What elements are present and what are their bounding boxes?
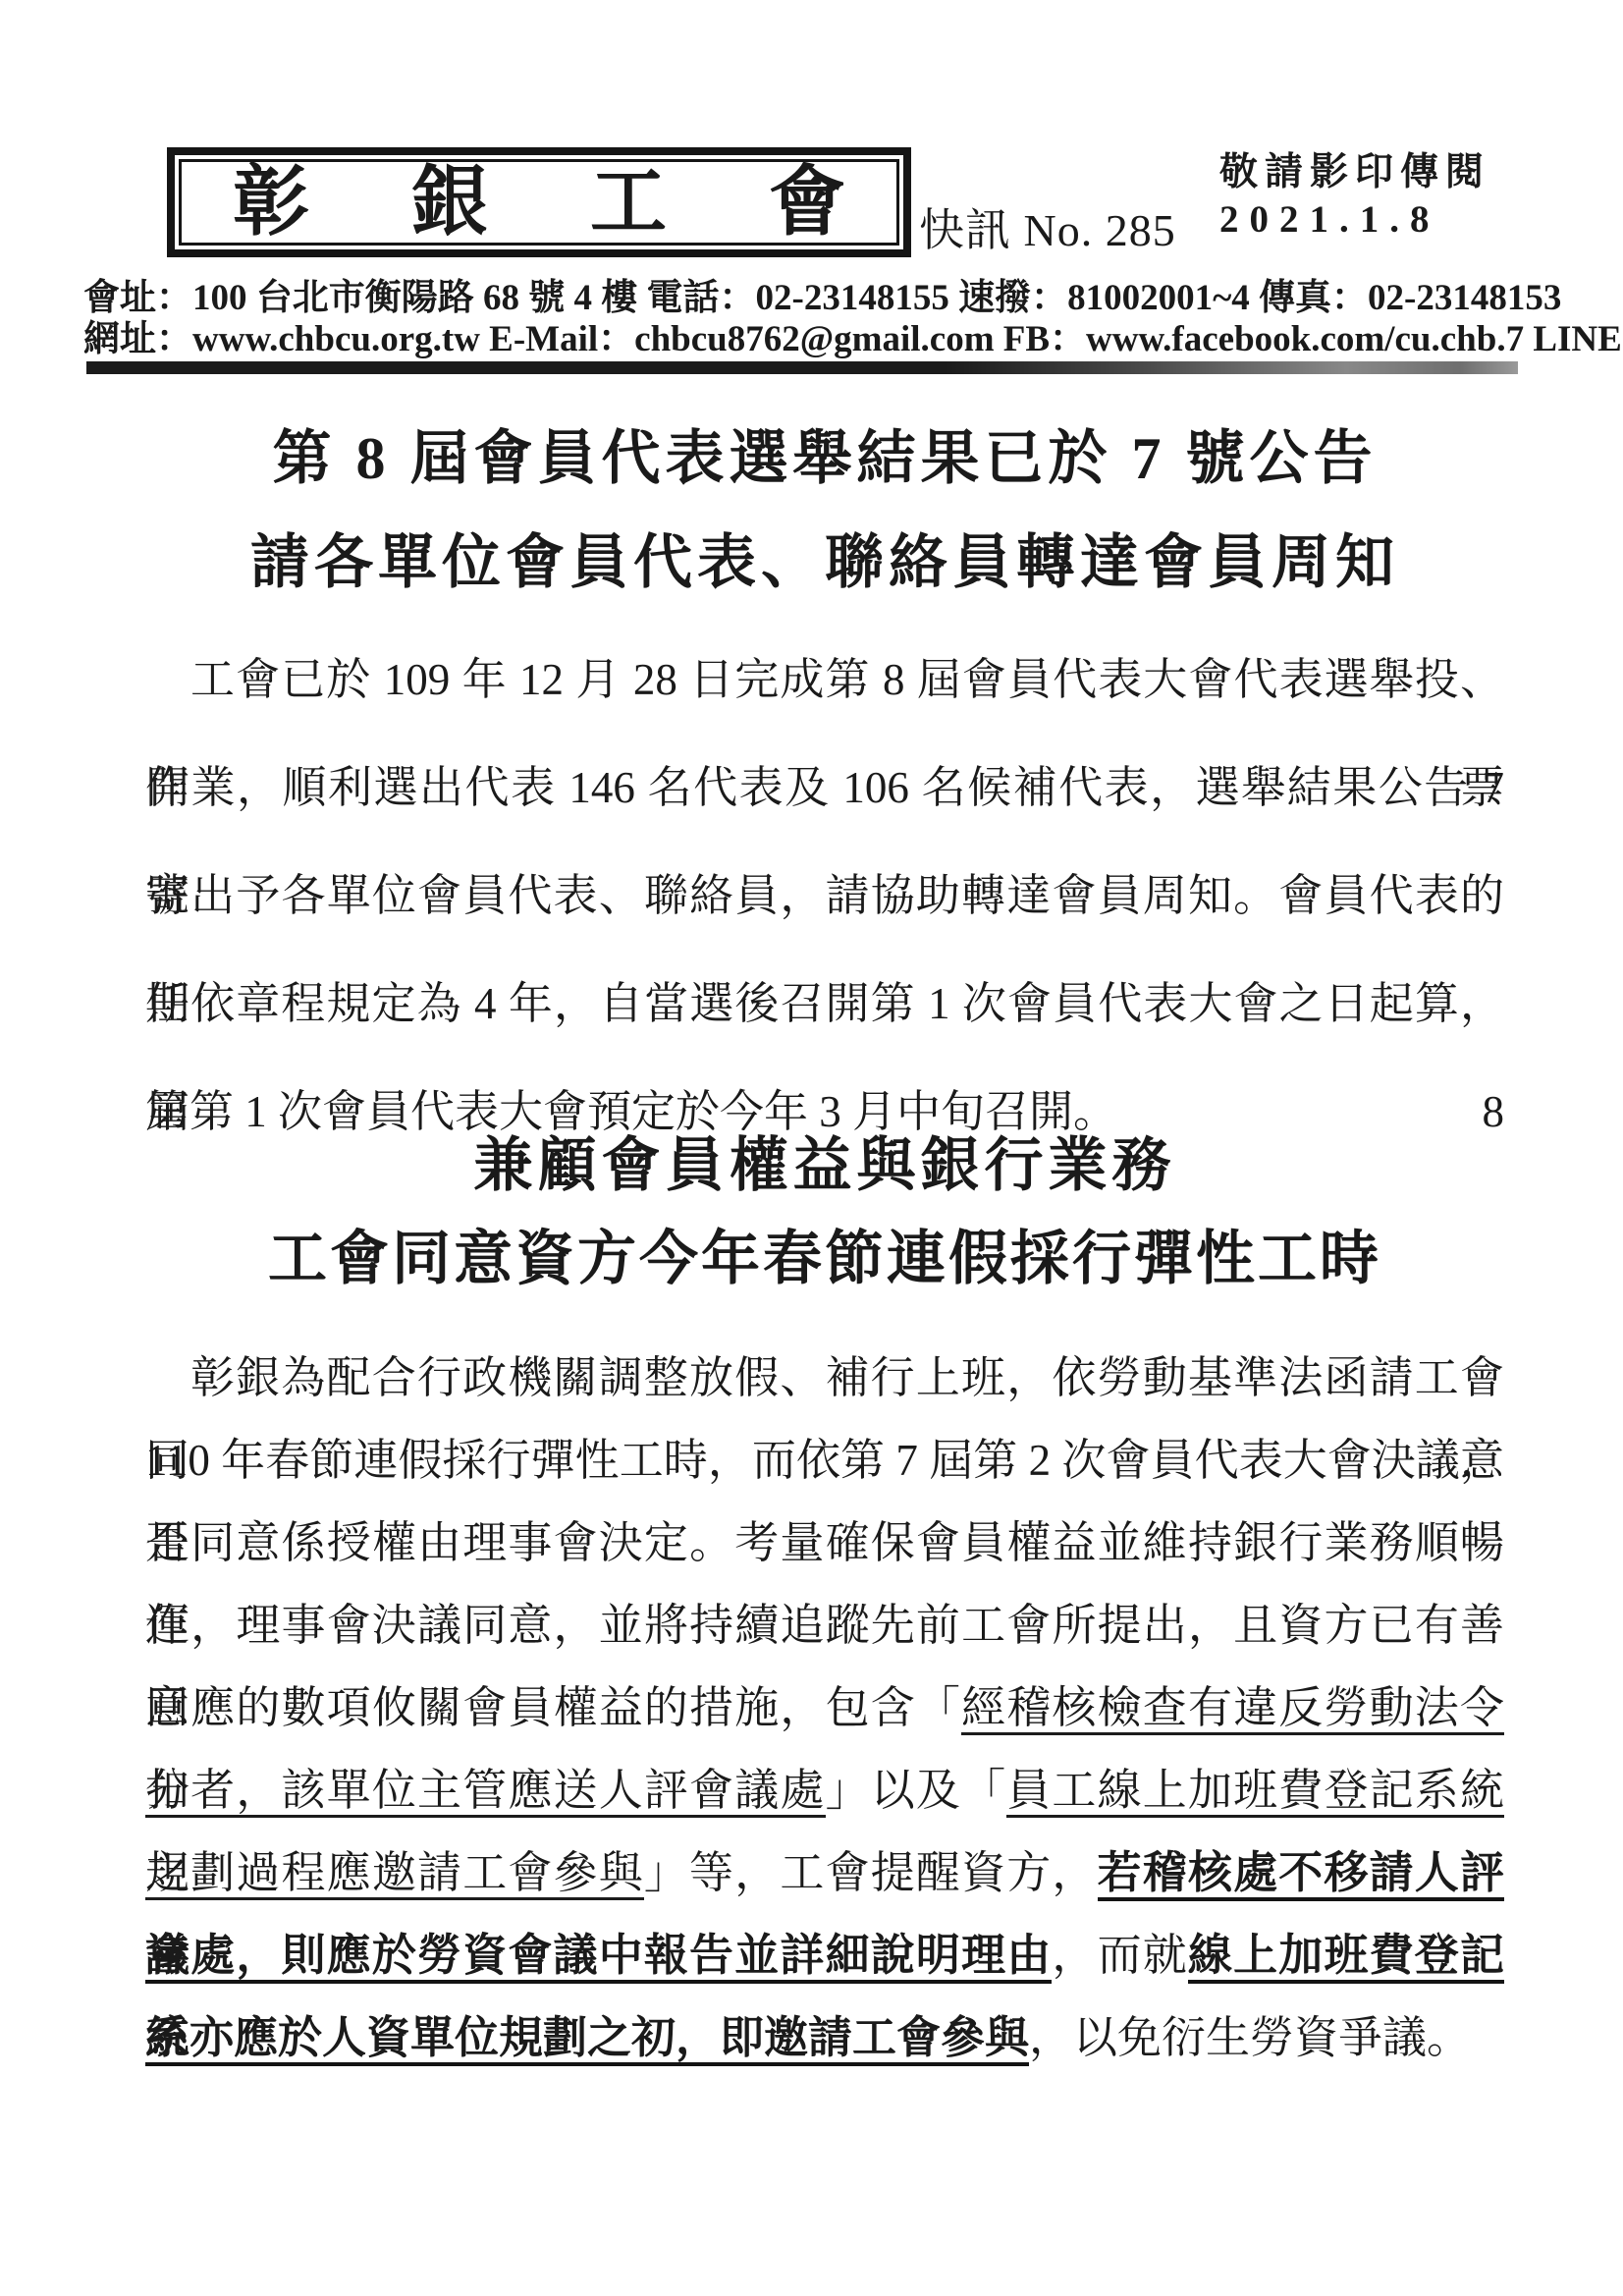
- paragraph-line: 分者，該單位主管應送人評會議處」以及「員工線上加班費登記系統之: [145, 1749, 1504, 1831]
- contact-line-address-phone: 會址：100 台北市衡陽路 68 號 4 樓 電話：02-23148155 速撥…: [83, 278, 1556, 319]
- text-segment: 回應的數項攸關會員權益的措施，包含「: [145, 1683, 961, 1732]
- circulate-note: 敬請影印傳閱: [1219, 153, 1490, 191]
- text-segment: ，而就: [1052, 1931, 1188, 1980]
- article1-headline-1: 第 8 屆會員代表選舉結果已於 7 號公告: [145, 428, 1504, 491]
- paragraph-line: 期依章程規定為 4 年，自當選後召開第 1 次會員代表大會之日起算，第 8: [145, 950, 1504, 1058]
- paragraph-line: 回應的數項攸關會員權益的措施，包含「經稽核檢查有違反勞動法令扣: [145, 1667, 1504, 1749]
- article2-paragraph: 彰銀為配合行政機關調整放假、補行上班，依勞動基準法函請工會同意110 年春節連假…: [145, 1337, 1504, 2079]
- masthead-title-char: 銀: [411, 164, 488, 241]
- underlined-text-segment: 統亦應於人資單位規劃之初，即邀請工會參與: [145, 2013, 1029, 2066]
- underlined-text-segment: 分者，該單位主管應送人評會議處: [145, 1766, 826, 1818]
- article2-headline-1: 兼顧會員權益與銀行業務: [145, 1135, 1504, 1198]
- article2-headline-2: 工會同意資方今年春節連假採行彈性工時: [145, 1229, 1504, 1291]
- paragraph-line: 作，理事會決議同意，並將持續追蹤先前工會所提出，且資方已有善意: [145, 1584, 1504, 1667]
- masthead-topright: 敬請影印傳閱 2021.1.8: [1219, 153, 1490, 239]
- text-segment: 」以及「: [826, 1766, 1007, 1815]
- issue-number: 快訊 No. 285: [919, 194, 1176, 259]
- text-segment: 」等，工會提醒資方，: [644, 1848, 1098, 1897]
- paragraph-line: 議處，則應於勞資會議中報告並詳細說明理由，而就線上加班費登記系: [145, 1914, 1504, 1996]
- paragraph-line: 規劃過程應邀請工會參與」等，工會提醒資方，若稽核處不移請人評會: [145, 1831, 1504, 1914]
- masthead-title-char: 會: [769, 164, 845, 241]
- article1-paragraph: 工會已於 109 年 12 月 28 日完成第 8 屆會員代表大會代表選舉投、開…: [145, 626, 1504, 1166]
- contact-info: 會址：100 台北市衡陽路 68 號 4 樓 電話：02-23148155 速撥…: [83, 278, 1556, 360]
- issue-date: 2021.1.8: [1219, 200, 1490, 239]
- paragraph-line: 工會已於 109 年 12 月 28 日完成第 8 屆會員代表大會代表選舉投、開…: [145, 626, 1504, 734]
- text-segment: 屆第 1 次會員代表大會預定於今年 3 月中旬召開。: [145, 1087, 1117, 1136]
- paragraph-line: 110 年春節連假採行彈性工時，而依第 7 屆第 2 次會員代表大會決議，是: [145, 1419, 1504, 1502]
- paragraph-line: 作業，順利選出代表 146 名代表及 106 名候補代表，選舉結果公告 7 號: [145, 734, 1504, 842]
- masthead-title-char: 工: [590, 164, 667, 241]
- masthead-title-box: 彰 銀 工 會: [167, 147, 911, 257]
- newsletter-page: 彰 銀 工 會 快訊 No. 285 敬請影印傳閱 2021.1.8 會址：10…: [0, 0, 1623, 2296]
- contact-line-web-email: 網址：www.chbcu.org.tw E-Mail：chbcu8762@gma…: [83, 319, 1556, 360]
- article1-headline-2: 請各單位會員代表、聯絡員轉達會員周知: [145, 532, 1504, 595]
- underlined-text-segment: 議處，則應於勞資會議中報告並詳細說明理由: [145, 1931, 1052, 1984]
- underlined-text-segment: 規劃過程應邀請工會參與: [145, 1848, 644, 1900]
- paragraph-line: 否同意係授權由理事會決定。考量確保會員權益並維持銀行業務順暢運: [145, 1502, 1504, 1584]
- paragraph-line: 寄出予各單位會員代表、聯絡員，請協助轉達會員周知。會員代表的任: [145, 842, 1504, 950]
- paragraph-line: 統亦應於人資單位規劃之初，即邀請工會參與，以免衍生勞資爭議。: [145, 1996, 1504, 2079]
- text-segment: ，以免衍生勞資爭議。: [1029, 2013, 1471, 2062]
- paragraph-line: 彰銀為配合行政機關調整放假、補行上班，依勞動基準法函請工會同意: [145, 1337, 1504, 1419]
- masthead-divider-rule: [86, 361, 1518, 374]
- masthead-title-box-inner: 彰 銀 工 會: [179, 159, 899, 246]
- masthead-title-char: 彰: [233, 164, 309, 241]
